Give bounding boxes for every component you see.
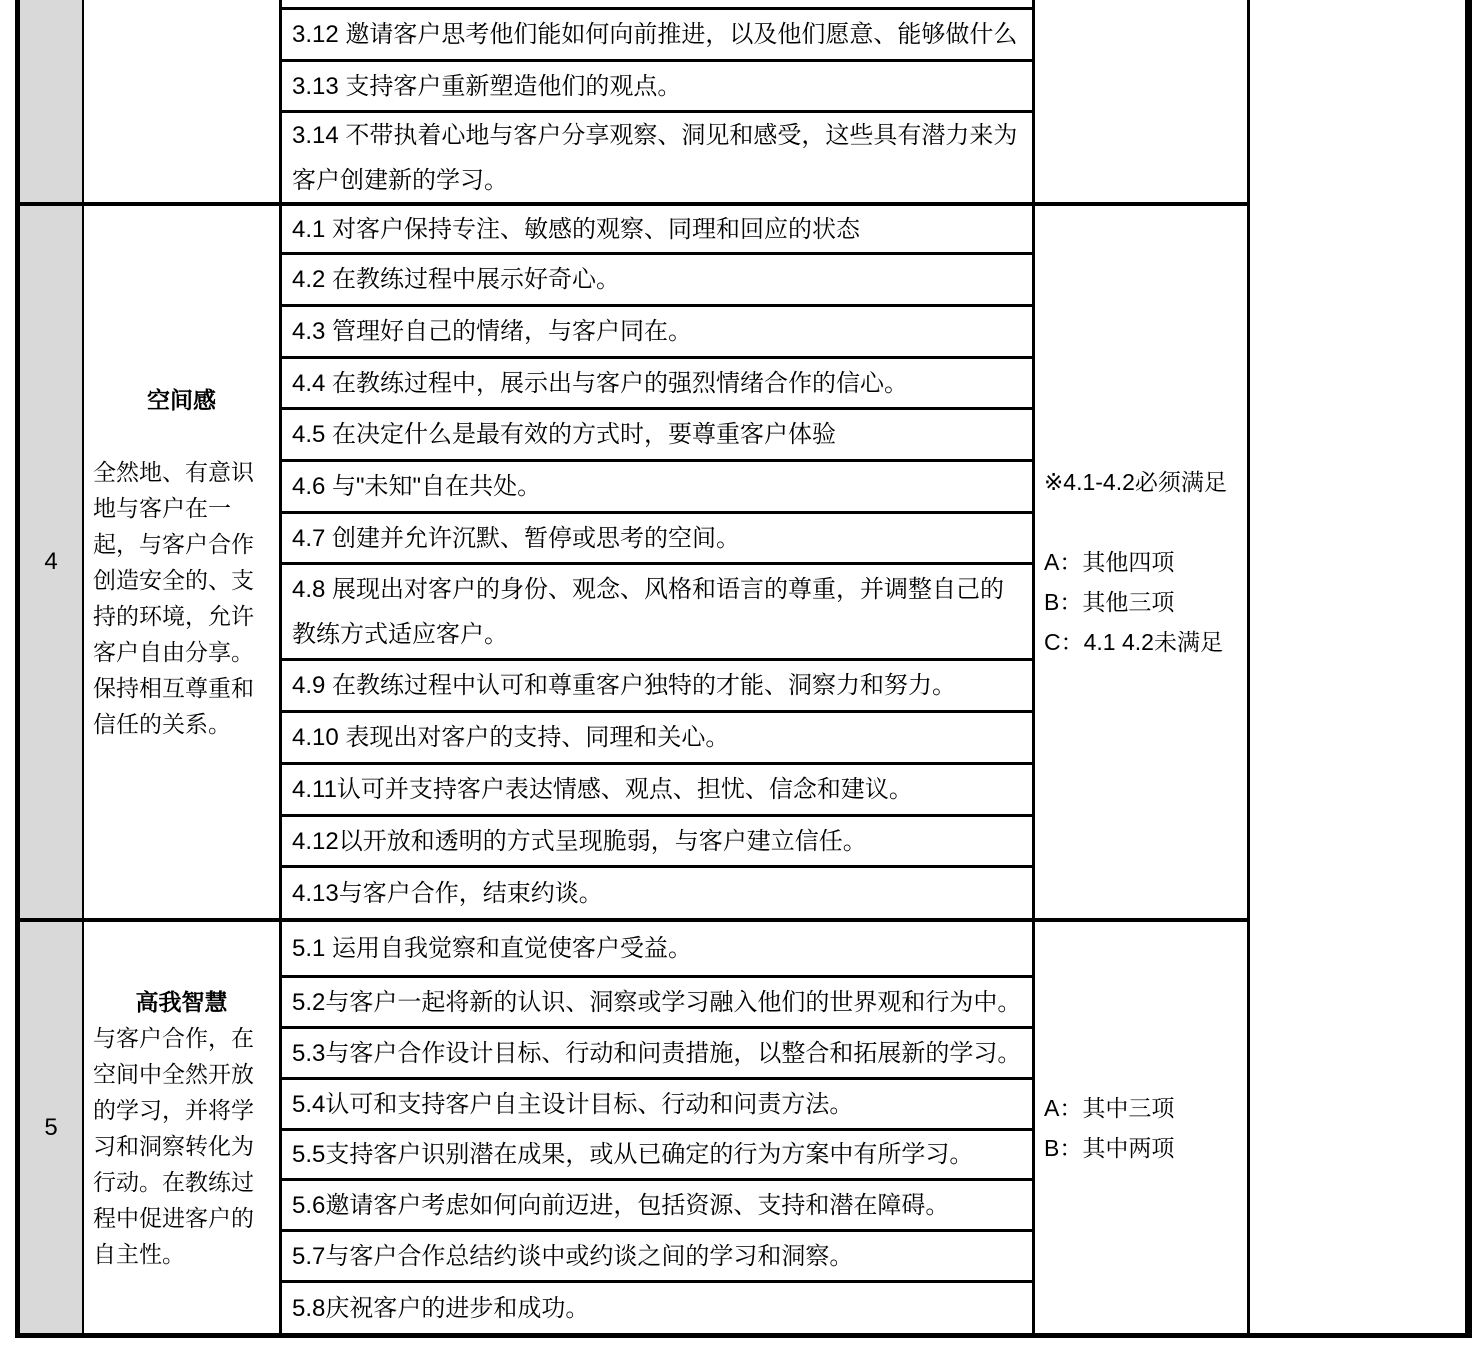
grid-line bbox=[279, 1026, 1035, 1029]
grid-line bbox=[279, 0, 282, 1333]
item-row-5-2: 5.2与客户一起将新的认识、洞察或学习融入他们的世界观和行为中。 bbox=[284, 978, 1032, 1026]
section-divider bbox=[15, 202, 1250, 206]
grid-line bbox=[279, 1128, 1035, 1131]
item-row-3-12: 3.12 邀请客户思考他们能如何向前推进，以及他们愿意、能够做什么 bbox=[284, 10, 1032, 59]
criteria-line-a: A：其中三项 bbox=[1044, 1088, 1247, 1128]
item-row-5-3: 5.3与客户合作设计目标、行动和问责措施，以整合和拓展新的学习。 bbox=[284, 1029, 1032, 1077]
grid-line bbox=[279, 814, 1035, 817]
criteria-note: ※4.1-4.2必须满足 bbox=[1044, 462, 1247, 502]
item-row-4-5: 4.5 在决定什么是最有效的方式时，要尊重客户体验 bbox=[284, 410, 1032, 459]
item-row-4-12: 4.12以开放和透明的方式呈现脆弱，与客户建立信任。 bbox=[284, 817, 1032, 865]
grid-line bbox=[279, 1280, 1035, 1283]
grid-line bbox=[279, 110, 1035, 113]
item-row-5-5: 5.5支持客户识别潜在成果，或从已确定的行为方案中有所学习。 bbox=[284, 1131, 1032, 1178]
criteria-cell-section-4: ※4.1-4.2必须满足 A：其他四项 B：其他三项 C：4.1 4.2未满足 bbox=[1035, 206, 1247, 918]
grid-line bbox=[279, 710, 1035, 713]
grid-line bbox=[279, 407, 1035, 410]
item-row-4-13: 4.13与客户合作，结束约谈。 bbox=[284, 868, 1032, 918]
item-row-4-2: 4.2 在教练过程中展示好奇心。 bbox=[284, 255, 1032, 304]
item-row-5-8: 5.8庆祝客户的进步和成功。 bbox=[284, 1283, 1032, 1333]
category-description: 全然地、有意识地与客户在一起，与客户合作创造安全的、支持的环境，允许客户自由分享… bbox=[93, 454, 270, 742]
grid-line bbox=[279, 658, 1035, 661]
grid-line bbox=[279, 865, 1035, 868]
grid-line bbox=[279, 356, 1035, 359]
criteria-line-a: A：其他四项 bbox=[1044, 542, 1247, 582]
item-row-4-10: 4.10 表现出对客户的支持、同理和关心。 bbox=[284, 713, 1032, 762]
evaluation-table-page: 3.12 邀请客户思考他们能如何向前推进，以及他们愿意、能够做什么 3.13 支… bbox=[0, 0, 1482, 1370]
item-row-4-7: 4.7 创建并允许沉默、暂停或思考的空间。 bbox=[284, 514, 1032, 562]
grid-line bbox=[279, 762, 1035, 765]
section-5-number: 5 bbox=[20, 922, 82, 1333]
criteria-cell-section-5: A：其中三项 B：其中两项 bbox=[1035, 922, 1247, 1333]
grid-line bbox=[1032, 0, 1035, 1333]
criteria-line-b: B：其中两项 bbox=[1044, 1128, 1247, 1168]
grid-line bbox=[279, 1229, 1035, 1232]
grid-line bbox=[82, 0, 84, 1333]
item-row-4-3: 4.3 管理好自己的情绪，与客户同在。 bbox=[284, 307, 1032, 356]
grid-line bbox=[279, 459, 1035, 462]
section-5-category-cell: 高我智慧 与客户合作，在空间中全然开放的学习，并将学习和洞察转化为行动。在教练过… bbox=[84, 922, 279, 1333]
table-bottom-border bbox=[15, 1333, 1472, 1338]
item-row-4-9: 4.9 在教练过程中认可和尊重客户独特的才能、洞察力和努力。 bbox=[284, 661, 1032, 710]
item-row-5-6: 5.6邀请客户考虑如何向前迈进，包括资源、支持和潜在障碍。 bbox=[284, 1181, 1032, 1229]
grid-line bbox=[279, 1178, 1035, 1181]
grid-line bbox=[279, 59, 1035, 62]
section-4-number: 4 bbox=[20, 206, 82, 918]
grid-line bbox=[15, 0, 20, 1338]
section-4-category-cell: 空间感 全然地、有意识地与客户在一起，与客户合作创造安全的、支持的环境，允许客户… bbox=[84, 206, 279, 918]
item-row-4-11: 4.11认可并支持客户表达情感、观点、担忧、信念和建议。 bbox=[284, 765, 1032, 814]
category-title: 空间感 bbox=[93, 382, 270, 418]
grid-line bbox=[279, 304, 1035, 307]
item-row-4-4: 4.4 在教练过程中，展示出与客户的强烈情绪合作的信心。 bbox=[284, 359, 1032, 407]
item-row-4-6: 4.6 与"未知"自在共处。 bbox=[284, 462, 1032, 511]
category-title: 高我智慧 bbox=[93, 984, 270, 1020]
item-row-5-4: 5.4认可和支持客户自主设计目标、行动和问责方法。 bbox=[284, 1080, 1032, 1128]
item-row-4-1: 4.1 对客户保持专注、敏感的观察、同理和回应的状态 bbox=[284, 206, 1032, 252]
grid-line bbox=[279, 975, 1035, 978]
criteria-line-b: B：其他三项 bbox=[1044, 582, 1247, 622]
item-row-3-13: 3.13 支持客户重新塑造他们的观点。 bbox=[284, 62, 1032, 110]
grid-line bbox=[279, 252, 1035, 255]
grid-line bbox=[1247, 0, 1250, 1333]
grid-line bbox=[279, 511, 1035, 514]
item-row-4-8: 4.8 展现出对客户的身份、观念、风格和语言的尊重，并调整自己的教练方式适应客户… bbox=[284, 565, 1032, 658]
category-description: 与客户合作，在空间中全然开放的学习，并将学习和洞察转化为行动。在教练过程中促进客… bbox=[93, 1020, 270, 1272]
grid-line bbox=[279, 562, 1035, 565]
item-row-5-7: 5.7与客户合作总结约谈中或约谈之间的学习和洞察。 bbox=[284, 1232, 1032, 1280]
section-divider bbox=[15, 918, 1250, 922]
grid-line bbox=[279, 7, 1035, 10]
item-row-3-14: 3.14 不带执着心地与客户分享观察、洞见和感受，这些具有潜力来为客户创建新的学… bbox=[284, 113, 1032, 202]
grid-line bbox=[279, 1077, 1035, 1080]
grid-line bbox=[1465, 0, 1472, 1338]
item-row-5-1: 5.1 运用自我觉察和直觉使客户受益。 bbox=[284, 922, 1032, 975]
criteria-line-c: C：4.1 4.2未满足 bbox=[1044, 622, 1247, 662]
